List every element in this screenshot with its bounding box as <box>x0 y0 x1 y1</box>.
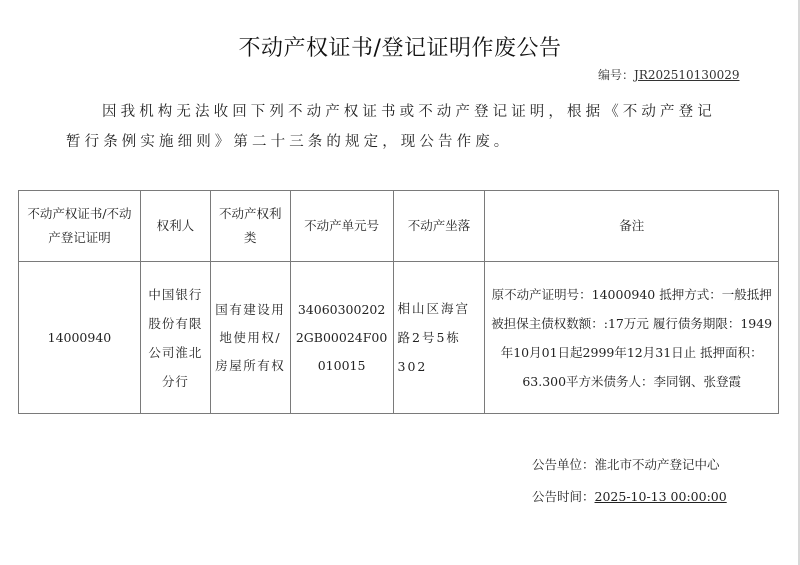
announcement-time: 公告时间：2025-10-13 00:00:00 <box>532 487 727 505</box>
header-location: 不动产坐落 <box>393 191 485 262</box>
cell-certificate-no: 14000940 <box>19 262 141 414</box>
cell-location: 相山区海宫路2号5栋302 <box>393 262 485 414</box>
announcing-unit: 公告单位：淮北市不动产登记中心 <box>532 455 720 473</box>
cell-holder: 中国银行股份有限公司淮北分行 <box>140 262 210 414</box>
cell-remarks: 原不动产证明号：14000940 抵押方式：一般抵押被担保主债权数额：:17万元… <box>485 262 779 414</box>
header-remarks: 备注 <box>485 191 779 262</box>
header-unit-no: 不动产单元号 <box>290 191 393 262</box>
cell-unit-no: 340603002022GB00024F00010015 <box>290 262 393 414</box>
serial-number: 编号：JR202510130029 <box>598 66 739 83</box>
serial-value: JR202510130029 <box>634 68 739 82</box>
table-header-row: 不动产权证书/不动产登记证明 权利人 不动产权利类 不动产单元号 不动产坐落 备… <box>19 191 779 262</box>
time-value: 2025-10-13 00:00:00 <box>595 489 727 504</box>
table-row: 14000940 中国银行股份有限公司淮北分行 国有建设用地使用权/房屋所有权 … <box>19 262 779 414</box>
void-notice-table: 不动产权证书/不动产登记证明 权利人 不动产权利类 不动产单元号 不动产坐落 备… <box>18 190 779 414</box>
remarks-last-line: 63.300平方米债务人：李同钢、张登霞 <box>489 367 774 396</box>
document-title: 不动产权证书/登记证明作废公告 <box>0 31 800 62</box>
remarks-main: 原不动产证明号：14000940 抵押方式：一般抵押被担保主债权数额：:17万元… <box>491 287 772 360</box>
unit-label: 公告单位： <box>532 457 595 472</box>
serial-label: 编号： <box>598 68 634 82</box>
intro-line-1: 因我机构无法收回下列不动产权证书或不动产登记证明，根据《不动产登记 <box>102 104 716 120</box>
intro-paragraph: 因我机构无法收回下列不动产权证书或不动产登记证明，根据《不动产登记 暂行条例实施… <box>66 97 730 157</box>
time-label: 公告时间： <box>532 489 595 504</box>
header-right-type: 不动产权利类 <box>210 191 290 262</box>
intro-line-2: 暂行条例实施细则》第二十三条的规定，现公告作废。 <box>66 134 512 150</box>
unit-value: 淮北市不动产登记中心 <box>595 457 720 472</box>
header-certificate: 不动产权证书/不动产登记证明 <box>19 191 141 262</box>
cell-right-type: 国有建设用地使用权/房屋所有权 <box>210 262 290 414</box>
header-holder: 权利人 <box>140 191 210 262</box>
